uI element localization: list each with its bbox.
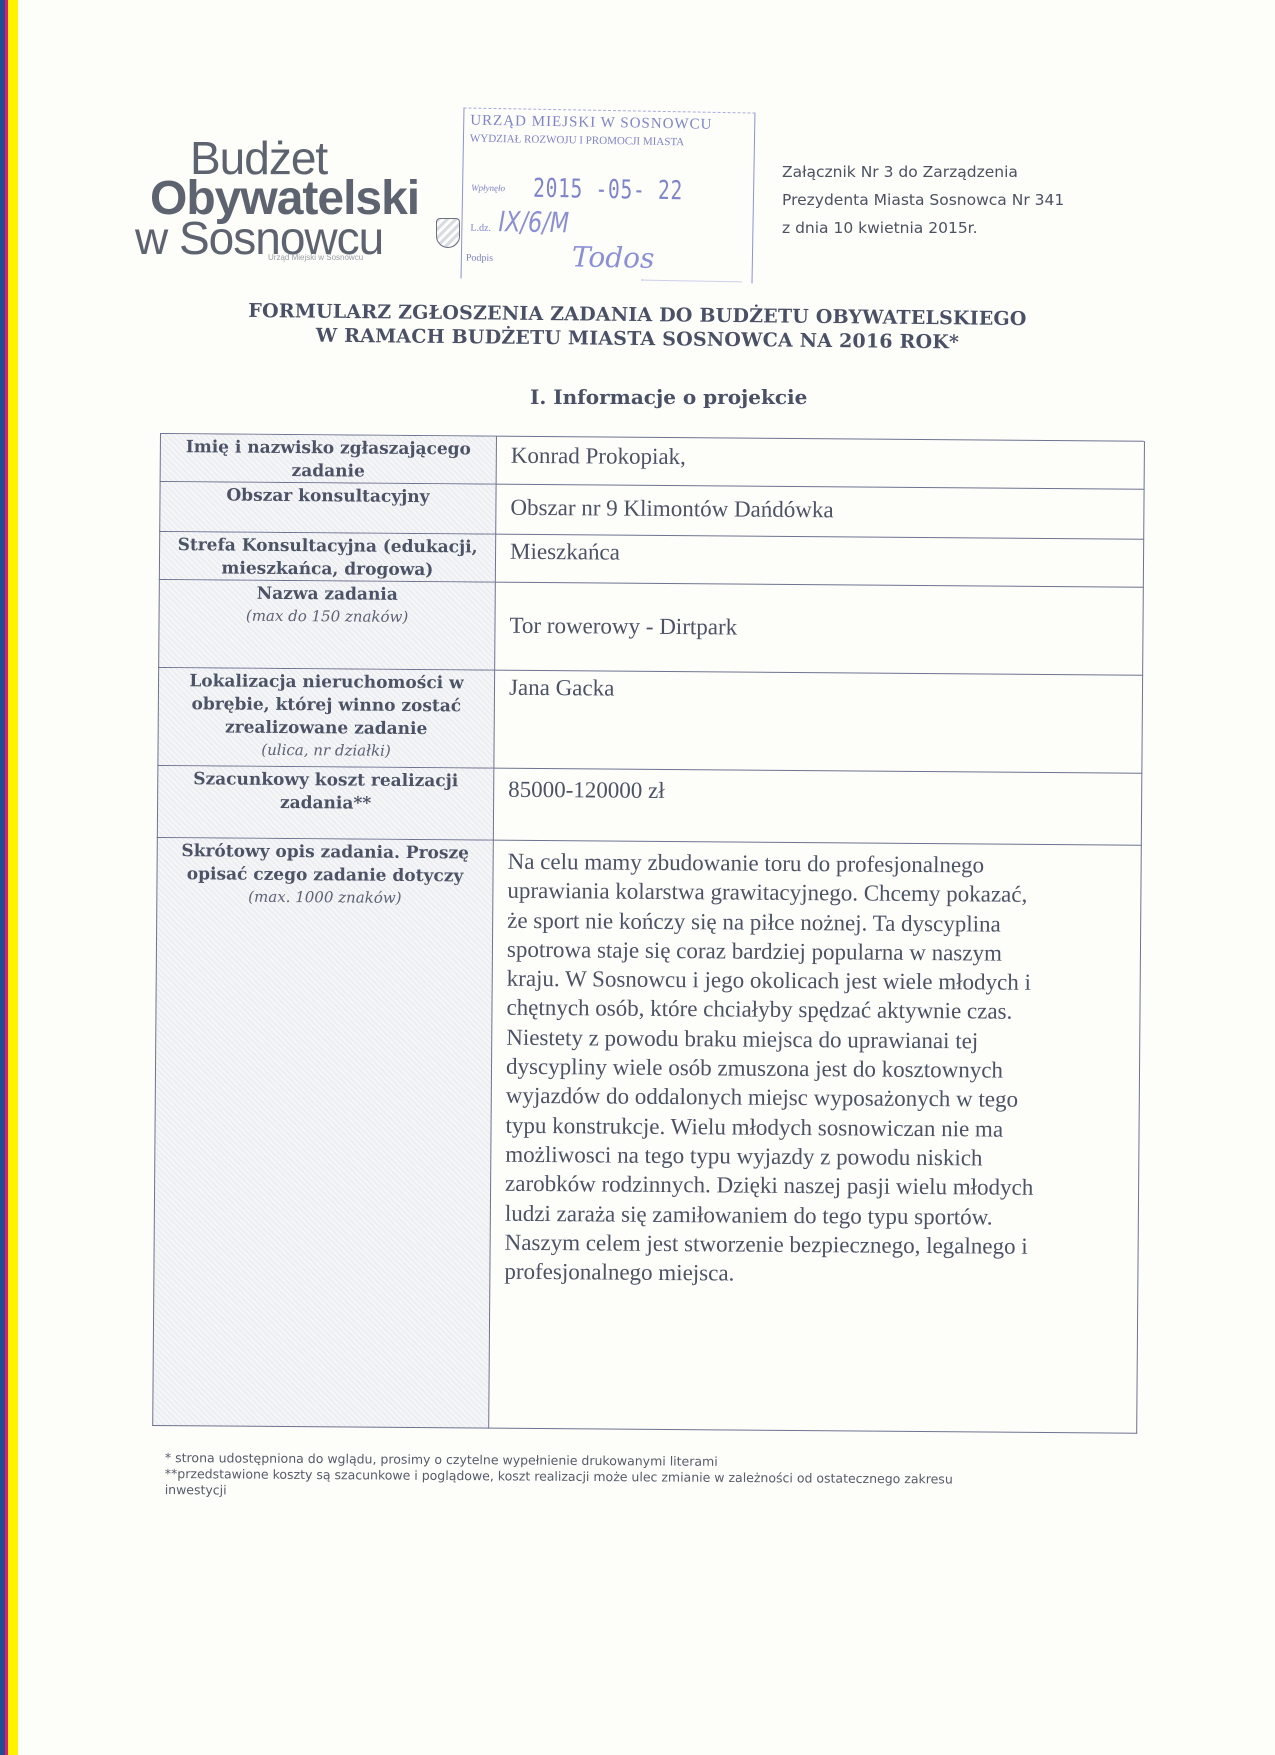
row-label: Obszar konsultacyjny xyxy=(159,482,495,535)
stamp-ref-handwritten: IX/6/M xyxy=(498,205,569,239)
footnotes: * strona udostępniona do wglądu, prosimy… xyxy=(165,1450,953,1503)
annex-line-2: Prezydenta Miasta Sosnowca Nr 341 xyxy=(782,186,1064,214)
row-label: Imię i nazwisko zgłaszającego zadanie xyxy=(160,434,496,485)
row-label: Skrótowy opis zadania. Proszę opisać cze… xyxy=(152,838,493,1429)
estimated-cost-field[interactable]: 85000-120000 zł xyxy=(493,769,1143,846)
logo-subtitle: Urząd Miejski w Sosnowcu xyxy=(268,253,363,262)
registry-stamp: URZĄD MIEJSKI W SOSNOWCU WYDZIAŁ ROZWOJU… xyxy=(461,107,756,283)
row-label: Nazwa zadania (max do 150 znaków) xyxy=(158,580,495,671)
stamp-signature-label: Podpis xyxy=(466,253,493,264)
section-title: I. Informacje o projekcie xyxy=(530,385,807,409)
stamp-date: 2015 -05- 22 xyxy=(533,174,683,207)
project-info-table: Imię i nazwisko zgłaszającego zadanie Ko… xyxy=(160,433,1145,441)
row-label: Szacunkowy koszt realizacji zadania** xyxy=(157,766,494,841)
consultation-zone-field[interactable]: Mieszkańca xyxy=(495,535,1144,588)
stamp-department: WYDZIAŁ ROZWOJU I PROMOCJI MIASTA xyxy=(470,133,684,149)
row-label: Lokalizacja nieruchomości w obrębie, któ… xyxy=(157,668,494,769)
annex-line-3: z dnia 10 kwietnia 2015r. xyxy=(782,214,1064,242)
applicant-name-field[interactable]: Konrad Prokopiak, xyxy=(496,437,1145,490)
annex-reference: Załącznik Nr 3 do Zarządzenia Prezydenta… xyxy=(782,158,1064,242)
row-label: Strefa Konsultacyjna (edukacji, mieszkań… xyxy=(159,532,495,583)
city-coat-of-arms-icon xyxy=(436,218,460,248)
location-field[interactable]: Jana Gacka xyxy=(493,671,1143,774)
task-description-field[interactable]: Na celu mamy zbudowanie toru do profesjo… xyxy=(488,841,1142,1434)
consultation-area-field[interactable]: Obszar nr 9 Klimontów Dańdówka xyxy=(495,485,1144,540)
scan-edge-yellow xyxy=(8,0,18,1755)
stamp-signature: Todos xyxy=(572,240,655,274)
table-row-task-name: Nazwa zadania (max do 150 znaków) Tor ro… xyxy=(158,579,1144,676)
table-row-estimated-cost: Szacunkowy koszt realizacji zadania** 85… xyxy=(157,765,1143,846)
table-row-consultation-area: Obszar konsultacyjny Obszar nr 9 Klimont… xyxy=(159,481,1144,540)
table-row-location: Lokalizacja nieruchomości w obrębie, któ… xyxy=(157,667,1143,774)
annex-line-1: Załącznik Nr 3 do Zarządzenia xyxy=(782,158,1064,186)
stamp-ref-label: L.dz. xyxy=(470,223,491,234)
stamp-office: URZĄD MIEJSKI W SOSNOWCU xyxy=(470,113,712,134)
stamp-received-label: Wpłynęło xyxy=(471,183,505,194)
table-row-description: Skrótowy opis zadania. Proszę opisać cze… xyxy=(152,837,1142,1434)
stamp-dotted-line xyxy=(642,280,742,283)
task-name-field[interactable]: Tor rowerowy - Dirtpark xyxy=(494,583,1144,676)
